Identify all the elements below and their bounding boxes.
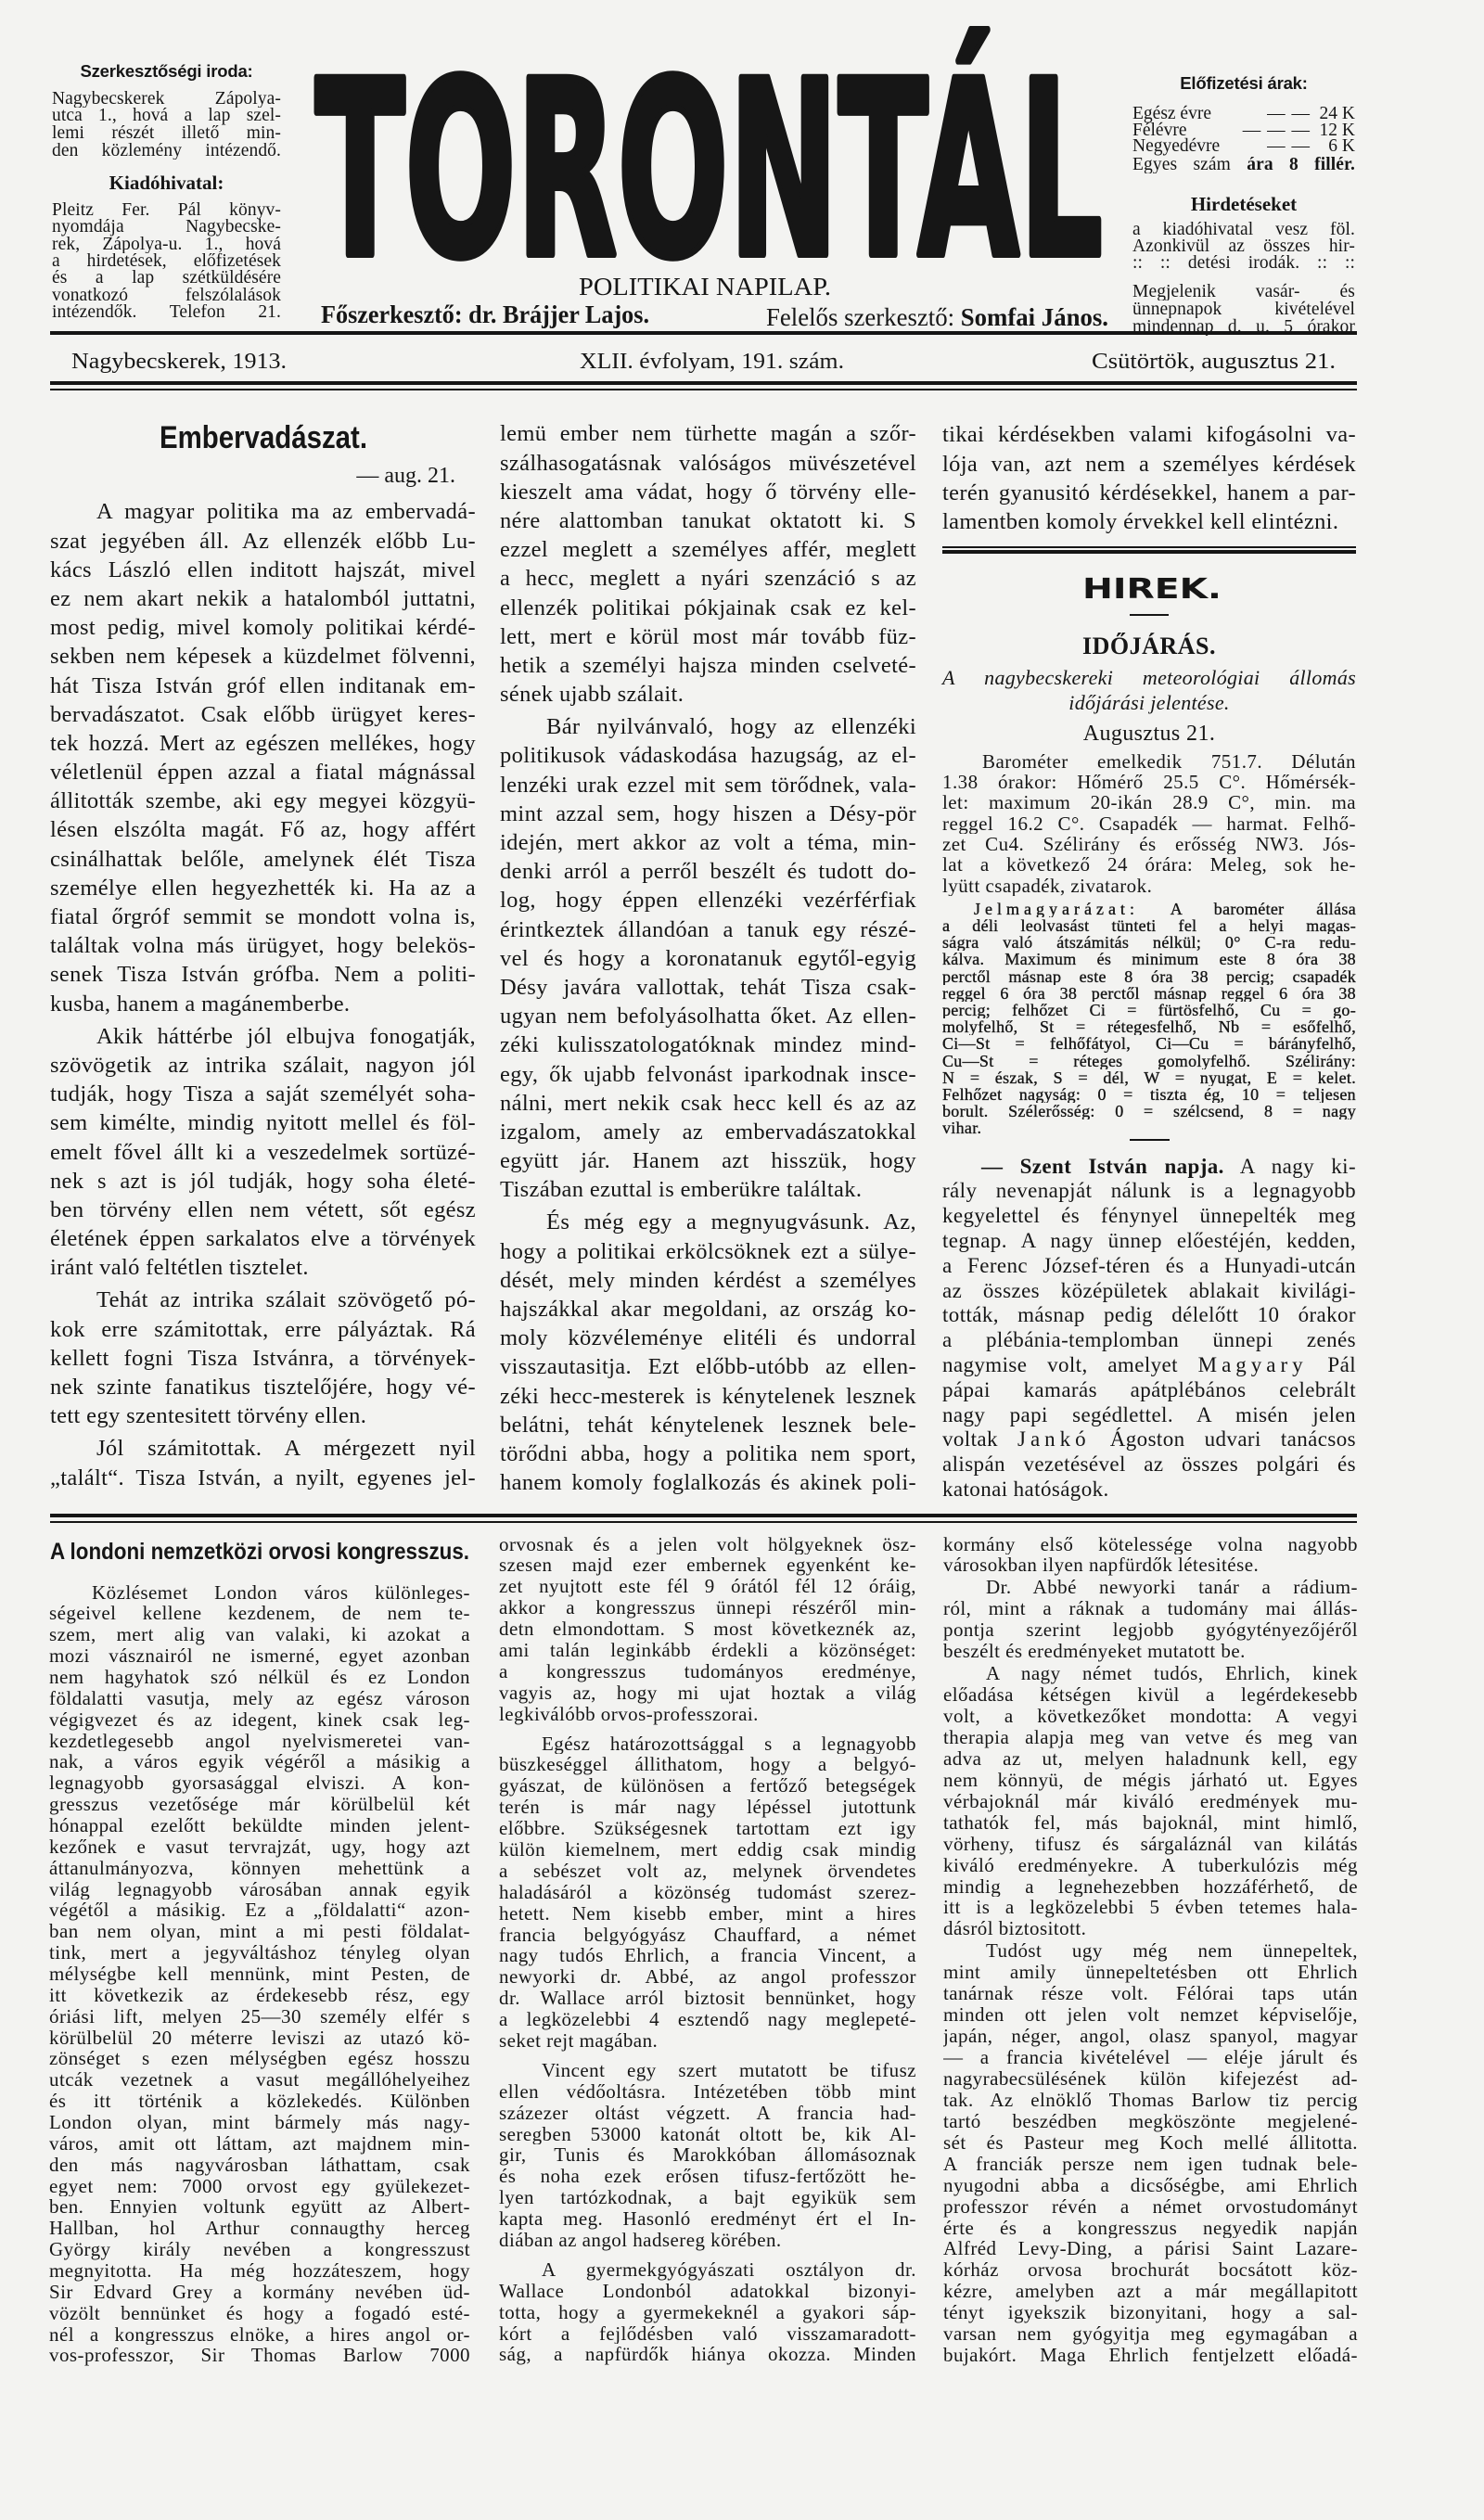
editorial-office-text: Nagybecskerek Zápolya-utca 1., hová a la… [52,91,281,160]
text-line: Dr. Abbé newyorki tanár a rádium- [943,1577,1358,1598]
text-line: legnagyobb gyorsasággal elviszi. A kon- [49,1772,470,1794]
news-item-szent-istvan: — Szent István napja. A nagy ki-rály nev… [942,1155,1356,1503]
text-line: seregben 53000 katonát oltott be, kik Al… [499,2124,916,2145]
text-line: együtt jár. Hanem azt hisszük, hogy [500,1146,916,1175]
text-line: lat a következő 24 órára: Meleg, sok he- [942,854,1356,875]
text-line: és itt történik a közlekedés. Különben [49,2091,470,2112]
text-line: zet nyujtott este fél 9 órától fél 12 ór… [499,1576,916,1597]
text-line: vözölt bennünket és hogy a fogadó esté- [49,2303,470,2324]
text-line: nem könnyü, de mégis járható ut. Egyes [943,1770,1358,1791]
text-line: pápai kamarás apátplébános celebrált [942,1378,1356,1403]
text-line: egyet nem: 7000 orvost egy gyülekezet- [49,2176,470,2197]
text-line: adva az ut, melyen haladnunk kell, egy [943,1748,1358,1770]
text-line: vonatkozó felszólalások [52,288,281,304]
text-line: vörheny, tifusz és sárgaláznál van kilát… [943,1834,1358,1855]
text-line: kács László ellen inditott hajszát, mive… [50,556,476,584]
text-line: óriási lift, melyen 25—30 személy elfér … [49,2006,470,2028]
text-line: iránt való feltétlen tisztelet. [50,1253,476,1282]
text-line: — Szent István napja. A nagy ki- [942,1155,1356,1180]
editor-in-chief-label: Főszerkesztő: [321,301,463,328]
text-line: vagyis az, hogy mi ujat hoztak a világ [499,1682,916,1704]
text-segment: nagymise volt, amelyet [942,1353,1198,1376]
text-line: kellett fogni Tisza Istvánra, a törvénye… [50,1344,476,1373]
text-line: 1.38 órakor: Hőmérő 25.5 C°. Hőmérsék- [942,772,1356,792]
text-line: lemi részét illető min- [52,125,281,143]
text-line: den közlemény intézendő. [52,143,281,160]
text-line: város, amit ott láttam, azt majdnem min- [49,2133,470,2155]
editor-in-chief-text: Főszerkesztő: dr. Brájjer Lajos. [321,301,649,328]
text-segment: A barométer állása [1139,901,1356,917]
text-line: kórház orvosa brochurát bocsátott köz- [943,2259,1358,2281]
text-line: — a francia kivételével — eléje járult é… [943,2047,1358,2068]
text-line: therapia alapja meg van vetve és meg van [943,1727,1358,1748]
volume-issue-text: XLII. évfolyam, 191. szám. [580,350,844,374]
text-line: rály nevenapját nálunk is a legnagyobb [942,1179,1356,1204]
text-line: legkiválóbb orvos-professzorai. [499,1704,916,1725]
paragraph: Vincent egy szert mutatott be tifuszelle… [499,2060,916,2251]
text-line: ban nem olyan, mint a mi pesti földalat- [49,1921,470,1942]
text-line: Tiszában ezuttal is emberükre találtak. [500,1175,916,1204]
news-rule-thin [942,546,1356,548]
issue-bar-rule-thick [50,381,1357,385]
text-line: nagy tudós Ehrlich, a francia Vincent, a [499,1945,916,1966]
text-line: den más nagyvárosban láthattam, csak [49,2155,470,2176]
text-line: utca 1., hová a lap szel- [52,108,281,125]
text-line: Közlésemet London város különleges- [49,1582,470,1604]
text-line: Alfréd Levy-Ding, a párisi Saint Lazare- [943,2238,1358,2259]
text-line: japán, néger, angol, olasz spanyol, magy… [943,2026,1358,2047]
editor-in-chief-name: dr. Brájjer Lajos. [468,301,649,328]
text-line: mozi vásznairól ne ismerné, egyet azonba… [49,1645,470,1667]
text-line: ünnepnapok kivételével [1132,301,1355,318]
text-line: voltak Jankó Ágoston udvari tanácsos [942,1427,1356,1452]
paragraph: Dr. Abbé newyorki tanár a rádium-ról, mi… [943,1577,1358,1662]
text-line: hónappal ezelőtt beküldte minden jelent- [49,1815,470,1836]
text-line: gir, Tunis és Marokkóban állomásoznak [499,2144,916,2166]
text-line: bujakórt. Maga Ehrlich fentjelzett előad… [943,2345,1358,2366]
text-line: Jól számitottak. A mérgezett nyil [50,1434,476,1463]
weather-subtitle-line-1: A nagybecskereki meteorológiai állomás [942,666,1356,690]
text-line: terén gyanusitó kérdésekkel, hanem a par… [942,479,1356,507]
text-line: Barométer emelkedik 751.7. Délután [942,751,1356,772]
letterspaced-text: Magyary [1198,1353,1308,1376]
text-line: hetett. Nem kisebb ember, mint a hires [499,1903,916,1925]
text-line: moly közvéleménye elitéli és undorral [500,1324,916,1352]
paragraph: Egyes szám ára 8 fillér. [1132,156,1355,173]
text-line: minden ott jelen volt nemzet képviselője… [943,2004,1358,2026]
publishing-office-text: Pleitz Fer. Pál könyv-nyomdája Nagybecsk… [52,202,281,322]
price-leader: — — [1267,138,1316,155]
paragraph: tikai kérdésekben valami kifogásolni va-… [942,420,1356,536]
text-line: hát Tisza István gróf ellen inditanak em… [50,672,476,700]
text-line: a hecc, meglett a nyári szenzáció s az [500,564,916,593]
text-line: véletlenül éppen azzal a fiatal mágnássa… [50,758,476,787]
text-line: zet Cu4. Szélirány és erősség NW3. Jós- [942,834,1356,854]
text-line: hanem komoly foglalkozás és akinek poli- [500,1468,916,1497]
text-line: a plébánia-templomban ünnepi zenés [942,1328,1356,1353]
text-line: előadása kétségen kivül a legérdekesebb [943,1684,1358,1706]
text-line: mélységbe kell mennünk, mint Pesten, de [49,1964,470,1985]
text-line: senek Tisza István grófba. Nem a politi- [50,960,476,989]
text-line: szat jegyében áll. Az ellenzék előbb Lu- [50,527,476,556]
text-line: vérbajoknál már kiváló eredmények mu- [943,1791,1358,1812]
text-line: Egyes szám ára 8 fillér. [1132,156,1355,173]
newspaper-title-text: TORONTÁL [315,27,1103,265]
text-line: Pleitz Fer. Pál könyv- [52,202,281,219]
text-line: végigvezet és az idegent, kinek csak leg… [49,1709,470,1731]
text-line: lemü ember nem türhette magán a szőr- [500,419,916,448]
paragraph: — Szent István napja. A nagy ki-rály nev… [942,1155,1356,1503]
paragraph: orvosnak és a jelen volt hölgyeknek ösz-… [499,1534,916,1725]
text-line: totta, hogy a gyermekeknél a gyakori sáp… [499,2302,916,2323]
text-line: London olyan, mint bármely más nagy- [49,2112,470,2133]
text-line: Désy javára vallottak, tehát Tisza csak- [500,973,916,1002]
text-line: Felhőzet nagyság: 0 = tiszta ég, 10 = te… [942,1086,1356,1103]
text-line: let: maximum 20-ikán 28.9 C°, min. ma [942,792,1356,812]
section-rule-thick [50,1514,1357,1517]
text-line: dr. Wallace arról biztosit bennünket, ho… [499,1988,916,2009]
weather-date: Augusztus 21. [942,721,1356,747]
editor-in-chief: Főszerkesztő: dr. Brájjer Lajos. [319,298,657,331]
text-line: kezőnek e vasut tervrajzát, ugy, hogy az… [49,1836,470,1858]
feature-column-middle: orvosnak és a jelen volt hölgyeknek ösz-… [499,1534,916,2366]
text-line: dését, mely minden kérdést a személyes [500,1266,916,1295]
text-line: Tehát az intrika szálait szövögető pó- [50,1286,476,1314]
text-line: tanárnak része volt. Félórai taps után [943,1983,1358,2004]
text-line: bervadászatot. Csak előbb ürügyet keres- [50,700,476,729]
editorial-column-right: tikai kérdésekben valami kifogásolni va-… [942,420,1356,536]
text-line: tett egy szentesitett törvény ellen. [50,1401,476,1430]
weather-subtitle-line-2: időjárási jelentése. [942,691,1356,715]
text-line: rek, Zápolya-u. 1., hová [52,237,281,253]
text-line: hajszákkal akar megoldani, az ország ko- [500,1295,916,1324]
price-period: Negyedévre [1132,138,1267,155]
text-line: tink, mert a jegyváltáshoz tényleg olyan [49,1942,470,1964]
text-line: találtak volna más ürügyet, hogy belekös… [50,931,476,960]
text-line: mint amily ünnepeltetésben ott Ehrlich [943,1962,1358,1983]
text-line: nek szinte fanatikus tisztelőjére, hogy … [50,1373,476,1401]
text-line: százezer oltást végzett. A francia had- [499,2103,916,2124]
text-line: alispán vezetésével az összes polgári és [942,1452,1356,1477]
text-line: haladásáról a közönség tudomást szerez- [499,1882,916,1903]
text-line: törődni abba, hogy a politika nem sport, [500,1439,916,1468]
text-line: tényt igyekszik bizonyitani, hogy a sal- [943,2302,1358,2323]
paragraph: Jól számitottak. A mérgezett nyil„talált… [50,1434,476,1491]
text-line: terén is már nagy lépéssel jutottunk [499,1797,916,1818]
text-line: denki arról a perről beszélt és tudott d… [500,857,916,886]
text-line: a hirdetések, előfizetések [52,253,281,270]
weather-heading: IDŐJÁRÁS. [942,633,1356,660]
text-line: megnyitotta. Ha még hozzáteszem, hogy [49,2260,470,2282]
text-line: orvosnak és a jelen volt hölgyeknek ösz- [499,1534,916,1555]
text-line: kok erre számitottak, erre pályáztak. Rá [50,1315,476,1344]
editorial-column-middle: lemü ember nem türhette magán a szőr-szá… [500,419,916,1497]
text-line: vel és hogy a koronatanuk egytől-egyig [500,944,916,973]
text-line: tek hozzá. Mert az egészen mellékes, hog… [50,729,476,758]
paragraph: Nagybecskerek Zápolya-utca 1., hová a la… [52,91,281,160]
text-line: szövögetik az intrika szálait, nagyon jó… [50,1051,476,1080]
text-line: reggel 16.2 C°. Csapadék — harmat. Felhő… [942,813,1356,834]
letterspaced-text: Jelmagyarázat: [974,901,1139,917]
feature-column-left: Közlésemet London város különleges-ségei… [49,1582,470,2367]
paragraph: A gyermekgyógyászati osztályon dr.Wallac… [499,2259,916,2365]
text-line: lésen elszólta magát. Fő az, hogy affért [50,815,476,844]
text-line: reggel 6 óra 38 perctől másnap reggel 6 … [942,985,1356,1002]
text-line: ságra való átszámitás nélkül; 0° C-ra re… [942,934,1356,951]
text-segment: Pál [1308,1353,1356,1376]
text-line: városokban ilyen napfürdők létesitése. [943,1554,1358,1576]
text-line: világ legnagyobb városában annak egyik [49,1879,470,1900]
text-line: zönséget s ezen mélységben egész hosszu [49,2048,470,2069]
bold-lead-in: ára 8 fillér. [1247,156,1355,173]
text-line: politikusok vádaskodása hazugság, az el- [500,741,916,770]
text-line: szálhasogatásnak valóságos müvészetével [500,449,916,478]
text-line: és noha ezek erősen tifusz-fertőzött he- [499,2166,916,2187]
place-year-text: Nagybecskerek, 1913. [71,350,287,374]
feature-title: A londoni nemzetközi orvosi kongresszus. [48,1532,477,1566]
text-segment: Egyes szám [1132,156,1247,173]
paragraph: A magyar politika ma az embervadá-szat j… [50,497,476,1017]
subtitle-text: POLITIKAI NAPILAP. [579,273,831,301]
text-line: diában az angol hadsereg körében. [499,2230,916,2251]
text-line: érintkeztek állandóan a tanuk egy részé- [500,915,916,944]
text-line: a sebészet volt az, melynek örvendetes [499,1861,916,1882]
text-line: Bár nyilvánvaló, hogy az ellenzéki [500,712,916,741]
text-line: nem hagyhatok szó nélkül és ez London [49,1667,470,1688]
text-line: Hallban, hol Arthur connaugthy herceg [49,2218,470,2239]
text-line: büszkeséggel állithatom, hogy a belgyó- [499,1754,916,1775]
news-item-divider [1130,1139,1170,1141]
text-line: Akik háttérbe jól elbujva fonogatják, [50,1022,476,1051]
text-line: nyomdája Nagybecske- [52,219,281,236]
text-line: kiváló eredményekre. A tuberkulózis még [943,1855,1358,1876]
responsible-editor-text: Felelős szerkesztő: Somfai János. [766,303,1108,331]
text-line: a kongresszus tudományos eredménye, [499,1661,916,1682]
responsible-editor-label: Felelős szerkesztő: [766,303,954,331]
issue-date: Csütörtök, augusztus 21. [1090,345,1340,375]
text-line: gyászat, de különösen a fertőző betegség… [499,1775,916,1797]
paragraph: Akik háttérbe jól elbujva fonogatják,szö… [50,1022,476,1283]
text-line: mindig a legnehezebben hozzáférhető, de [943,1876,1358,1898]
paragraph: Megjelenik vasár- ésünnepnapok kivételév… [1132,283,1355,336]
text-line: érte és a kongresszus negyedik napján [943,2218,1358,2239]
paragraph: lemü ember nem türhette magán a szőr-szá… [500,419,916,709]
paragraph: a kiadóhivatal vesz föl.Azonkivül az öss… [1132,222,1355,272]
text-line: sekben nem képesek a küzdelmet fölvenni, [50,642,476,671]
text-line: előbbre. Szükségesnek tartottam ezt igy [499,1818,916,1839]
text-line: „talált“. Tisza István, a nyilt, egyenes… [50,1464,476,1492]
issue-bar-rule-thin [50,389,1357,390]
text-line: zéki hecc-mesterek is kénytelenek leszne… [500,1382,916,1411]
text-line: pontja szerint legjobb gyógytényezőjéről [943,1619,1358,1641]
text-line: külön kiemelnem, mert eddig csak mindig [499,1839,916,1861]
price-row-quarter-year: Negyedévre — — 6 K [1132,138,1355,155]
single-copy-price: Egyes szám ára 8 fillér. [1132,156,1355,173]
paragraph: Bár nyilvánvaló, hogy az ellenzékipoliti… [500,712,916,1204]
text-line: lamentben komoly érvekkel kell elintézni… [942,507,1356,536]
feature-column-right: kormány első kötelessége volna nagyobbvá… [943,1534,1358,2367]
text-segment: voltak [942,1427,1017,1451]
text-line: tathatók fel, más bajoknál, mint himlő, [943,1812,1358,1834]
text-line: A magyar politika ma az embervadá- [50,497,476,526]
text-line: a déli leolvasást tünteti fel a helyi ma… [942,917,1356,934]
text-line: kezdetlegesebb angol nyelvismeretei van- [49,1731,470,1752]
section-rule-thin [50,1521,1357,1523]
newspaper-title: TORONTÁL [312,19,1113,265]
text-line: tartó beszédben megköszönte megjelené- [943,2111,1358,2132]
paragraph: Tehát az intrika szálait szövögető pó-ko… [50,1286,476,1430]
text-line: földalatti vasutja, mely az egész városo… [49,1688,470,1709]
text-line: szem, mert alig van valaki, ki azokat a [49,1624,470,1645]
text-line: varsan nem gyógyitja meg egymagában a [943,2323,1358,2345]
text-line: Vincent egy szert mutatott be tifusz [499,2060,916,2081]
text-line: személye ellen hegyezhették ki. Ha az a [50,874,476,902]
feature-title-text: A londoni nemzetközi orvosi kongresszus. [50,1539,469,1565]
text-line: beszélt és eredményeket mutatott be. [943,1641,1358,1662]
text-line: ról, mint a ráknak a tudomány mai állás- [943,1598,1358,1619]
paragraph: És még egy a megnyugvásunk. Az,hogy a po… [500,1208,916,1497]
responsible-editor-name: Somfai János. [961,303,1108,331]
text-line: francia belgyógyász Chauffard, a német [499,1925,916,1946]
text-line: nagyrabecsülésének külön kifejezést ad- [943,2068,1358,2090]
text-line: sét és Pasteur meg Koch mellé állitotta. [943,2132,1358,2154]
text-line: visszautasitja. Ezt előbb-utóbb az ellen… [500,1352,916,1381]
text-line: newyorki dr. Abbé, az angol professzor [499,1966,916,1988]
text-line: körülbelül 20 méterre leviszi az utazó k… [49,2028,470,2049]
text-line: csinálhattak belőle, amelynek élét Tisza [50,845,476,874]
issue-place-year: Nagybecskerek, 1913. [70,345,292,375]
weekday-date-text: Csütörtök, augusztus 21. [1092,350,1336,374]
text-line: kapta meg. Hasonló eredményt ért el In- [499,2208,916,2230]
text-line: molyfelhő, St = rétegesfelhő, Nb = esőfe… [942,1018,1356,1035]
text-line: borult. Szélerősség: 0 = szélcsend, 8 = … [942,1103,1356,1119]
advertising-text: a kiadóhivatal vesz föl.Azonkivül az öss… [1132,222,1355,272]
text-line: belátni, tehát kénytelenek lesznek bele- [500,1411,916,1439]
news-title-divider [1130,614,1169,616]
subscription-heading: Előfizetési árak: [1132,73,1355,94]
text-line: tegnap. A nagy ünnep előestéjén, kedden, [942,1229,1356,1254]
editorial-title: Embervadászat. [158,416,373,454]
text-line: percig; felhőzet Ci = fürtösfelhő, Cu = … [942,1002,1356,1018]
letterspaced-text: Jankó [1017,1427,1091,1451]
text-line: gresszus vezetősége már körülbelül két [49,1794,470,1815]
text-line: nálni, mert nekik csak hecc kell és az a… [500,1089,916,1118]
text-line: A gyermekgyógyászati osztályon dr. [499,2259,916,2281]
text-line: hetik a személyi hajsza minden cselveté- [500,651,916,680]
paragraph: Jelmagyarázat: A barométer állásaa déli … [942,901,1356,1137]
text-line: lyen tartózkodnak, a bajt egyikük sem [499,2187,916,2208]
text-line: sének ujabb szálait. [500,680,916,709]
text-line: utcák vezetnek a vasut megállóhelyeihez [49,2069,470,2091]
text-line: intézendők. Telefon 21. [52,304,281,321]
weather-legend: Jelmagyarázat: A barométer állásaa déli … [942,901,1356,1137]
text-line: ez nem akart nekik a hatalomból juttatni… [50,584,476,613]
text-line: tudják, hogy Tisza a saját személyét soh… [50,1080,476,1108]
text-line: log, hogy éppen ellenzéki vezérférfiak [500,886,916,915]
editorial-dateline: — aug. 21. [50,462,476,490]
text-line: kieszelt ama vádat, hogy ő törvény elle- [500,478,916,506]
text-line: seket rejt magában. [499,2030,916,2052]
paragraph: Barométer emelkedik 751.7. Délután1.38 ó… [942,751,1356,896]
text-line: Jelmagyarázat: A barométer állása [942,901,1356,917]
bold-lead-in: — Szent István napja. [981,1155,1224,1178]
text-line: sem kimélte, mindig nyitott mellel és fö… [50,1108,476,1137]
text-line: mint azzal sem, hogy hiszen a Désy-pör [500,799,916,828]
text-line: kézre, amelyben azt a már megállapitott [943,2281,1358,2302]
text-line: fiatal őrgróf semmit se mondott volna is… [50,902,476,931]
text-line: tak. Az elnöklő Thomas Barlow tiz percig [943,2090,1358,2111]
weather-report: Barométer emelkedik 751.7. Délután1.38 ó… [942,751,1356,896]
text-line: tották, másnap pedig délelőtt 10 órakor [942,1303,1356,1328]
paragraph: Pleitz Fer. Pál könyv-nyomdája Nagybecsk… [52,202,281,322]
text-line: ami talán leginkább érdekli a közönséget… [499,1640,916,1661]
text-line: A nagy német tudós, Ehrlich, kinek [943,1663,1358,1684]
text-line: nére alattomban tanukat oktatott ki. S [500,506,916,535]
text-line: hogy a politikai erkölcsöknek ezt a süly… [500,1237,916,1266]
text-line: itt következik az érdekesebb rész, egy [49,1985,470,2006]
issue-volume-number: XLII. évfolyam, 191. szám. [578,345,849,375]
text-segment: A nagy ki- [1224,1155,1356,1178]
text-line: Sir Edvard Grey a kormány nevében üd- [49,2282,470,2303]
price-amount: 6 K [1316,138,1355,155]
text-line: ellen védőoltásra. Intézetében több mint [499,2081,916,2103]
text-line: nyugodni abba a dicsőségbe, ami Ehrlich [943,2175,1358,2196]
text-line: katonai hatóságok. [942,1477,1356,1503]
text-line: kórt a fejlődésben való visszamaradott- [499,2323,916,2345]
text-line: lenzéki urak ezzel mit sem törődnek, val… [500,771,916,799]
text-line: akkor a kongresszus ünnepi részéről min- [499,1597,916,1618]
text-line: nagy papi segédlettel. A misén jelen [942,1403,1356,1428]
text-line: vihar. [942,1119,1356,1136]
editorial-column-left: A magyar politika ma az embervadá-szat j… [50,497,476,1491]
text-line: áttanulmányozva, könnyen mehettünk a [49,1858,470,1879]
text-line: a kiadóhivatal vesz föl. [1132,222,1355,238]
text-line: kálva. Maximum és minimum este 8 óra 38 [942,951,1356,967]
text-line: Ci—St = felhőfátyol, Ci—Cu = bárányfelhő… [942,1035,1356,1052]
text-line: tikai kérdésekben valami kifogásolni va- [942,420,1356,449]
text-line: ben. Ennyien voltunk együtt az Albert- [49,2196,470,2218]
paragraph: kormány első kötelessége volna nagyobbvá… [943,1534,1358,1577]
text-line: szesen majd ezer embernek egyenként ke- [499,1554,916,1576]
text-line: N = észak, S = dél, W = nyugat, E = kele… [942,1069,1356,1086]
publication-schedule: Megjelenik vasár- ésünnepnapok kivételév… [1132,283,1355,336]
text-line: kormány első kötelessége volna nagyobb [943,1534,1358,1555]
text-line: Cu—St = réteges gomolyfelhő. Szélirány: [942,1053,1356,1069]
text-line: most pedig, mivel komoly politikai kérdé… [50,613,476,642]
text-line: izgalom, amely az embervadászatokkal [500,1118,916,1146]
text-line: detn elmondottam. S most következnék az, [499,1618,916,1640]
text-line: a Ferenc József-téren és a Hunyadi-utcán [942,1254,1356,1279]
text-line: :: :: detési irodák. :: :: [1132,255,1355,272]
text-line: Egész határozottsággal s a legnagyobb [499,1733,916,1755]
text-line: emelt fővel állt ki a veszedelmek sortüz… [50,1138,476,1167]
text-line: az összes középületek ablakait kivilági- [942,1279,1356,1304]
text-line: nél a kongresszus elnöke, a hires angol … [49,2324,470,2346]
paragraph: Közlésemet London város különleges-ségei… [49,1582,470,2367]
text-line: nek s azt is jól tudják, hogy soha életé… [50,1167,476,1196]
masthead-rule [50,331,1357,335]
editorial-title-text: Embervadászat. [160,420,367,454]
text-line: És még egy a megnyugvásunk. Az, [500,1208,916,1236]
text-line: Wallace Londonból adatokkal bizonyi- [499,2281,916,2302]
text-line: Tudóst ugy még nem ünnepeltek, [943,1940,1358,1962]
text-line: idején, mert akkor az volt a téma, min- [500,828,916,857]
text-segment: Ágoston udvari tanácsos [1091,1427,1356,1451]
text-line: ezzel meglett a személyes affér, meglett [500,535,916,564]
paragraph: A nagy német tudós, Ehrlich, kinekelőadá… [943,1663,1358,1939]
text-line: kusba, hanem a magánemberbe. [50,990,476,1018]
text-line: ugyan nem befolyásolhatta őket. Az ellen… [500,1002,916,1030]
